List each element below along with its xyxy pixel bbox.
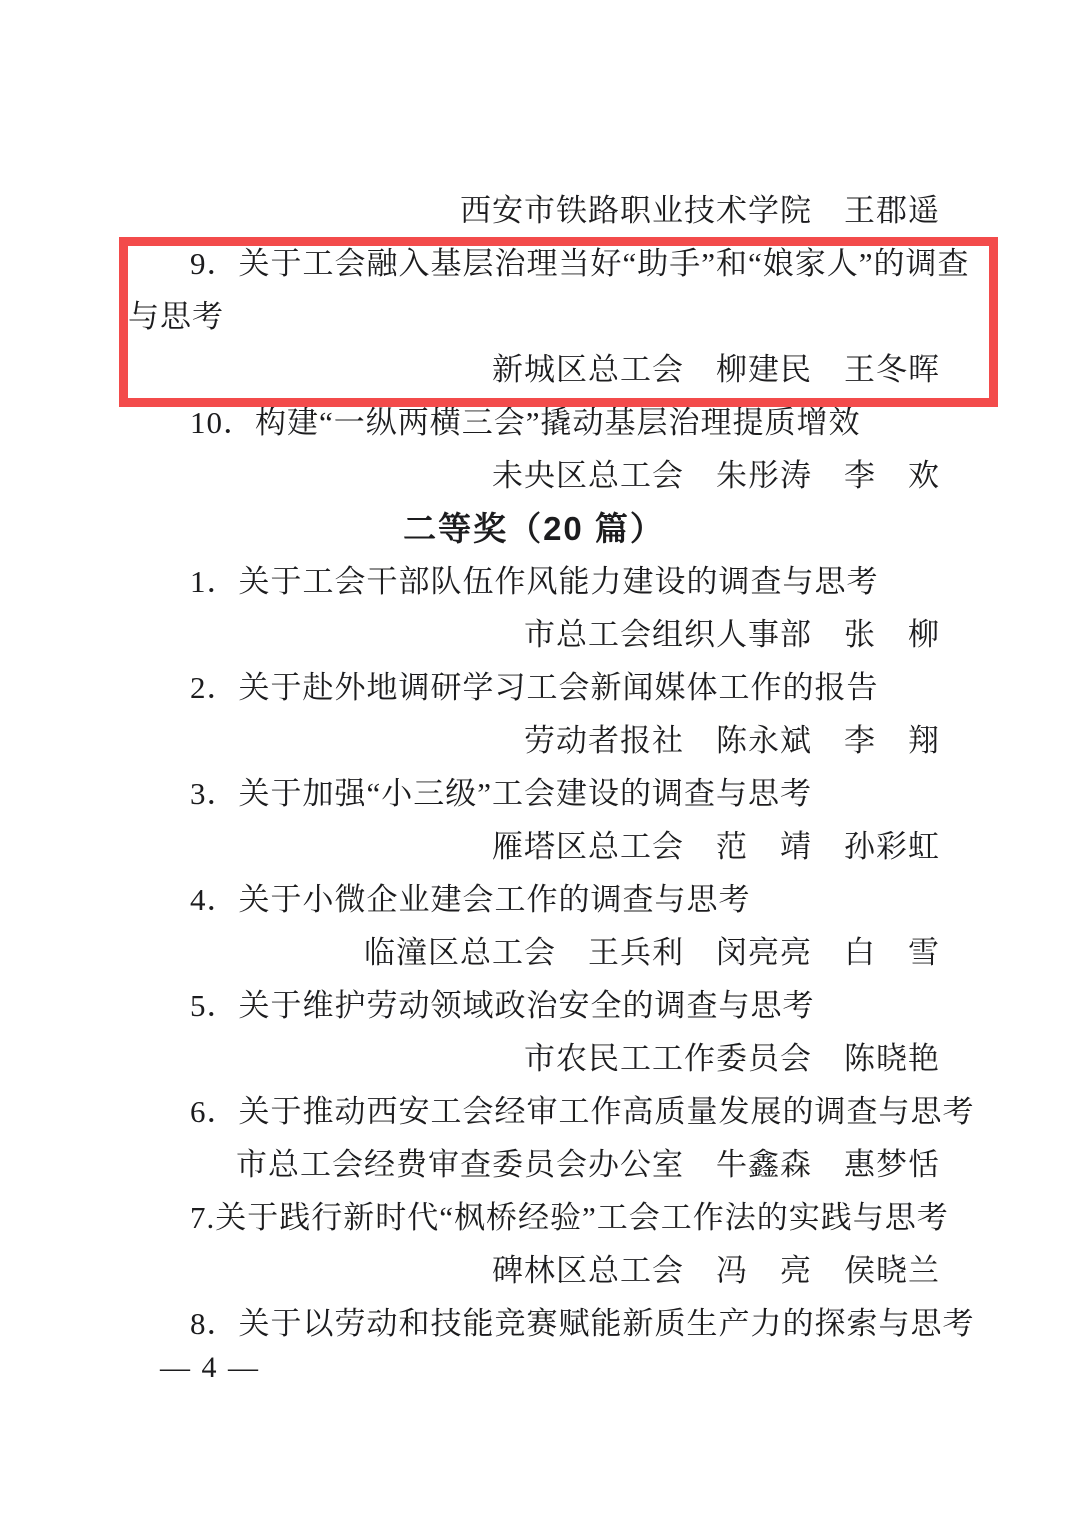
document-body: 西安市铁路职业技术学院 王郡遥 9．关于工会融入基层治理当好“助手”和“娘家人”… [128,184,940,1350]
entry-org-author-line: 碑林区总工会 冯 亮 侯晓兰 [128,1244,940,1297]
item10-title: 10．构建“一纵两横三会”撬动基层治理提质增效 [128,396,940,449]
entry-title: 4．关于小微企业建会工作的调查与思考 [128,873,940,926]
entry-title: 5．关于维护劳动领域政治安全的调查与思考 [128,979,940,1032]
entry-org-author-line: 劳动者报社 陈永斌 李 翔 [128,714,940,767]
entry-org-author-line: 市农民工工作委员会 陈晓艳 [128,1032,940,1085]
entry-org-author-line: 市总工会经费审查委员会办公室 牛鑫森 惠梦恬 [128,1138,940,1191]
pre-entry-org-author-line: 西安市铁路职业技术学院 王郡遥 [128,184,940,237]
entry-org-author-line: 临潼区总工会 王兵利 闵亮亮 白 雪 [128,926,940,979]
item9-title-line2: 与思考 [128,290,940,343]
item9-title-line1: 9．关于工会融入基层治理当好“助手”和“娘家人”的调查 [128,237,940,290]
page-number: — 4 — [160,1341,260,1394]
entry-org-author-line: 市总工会组织人事部 张 柳 [128,608,940,661]
item9-org-author-line: 新城区总工会 柳建民 王冬晖 [128,343,940,396]
entry-title: 3．关于加强“小三级”工会建设的调查与思考 [128,767,940,820]
second-prize-section-heading: 二等奖（20 篇） [128,502,940,555]
entry-title: 1．关于工会干部队伍作风能力建设的调查与思考 [128,555,940,608]
entry-title: 2．关于赴外地调研学习工会新闻媒体工作的报告 [128,661,940,714]
entry-title: 6．关于推动西安工会经审工作高质量发展的调查与思考 [128,1085,940,1138]
entry-title: 7.关于践行新时代“枫桥经验”工会工作法的实践与思考 [128,1191,940,1244]
entry-org-author-line: 雁塔区总工会 范 靖 孙彩虹 [128,820,940,873]
document-page: 西安市铁路职业技术学院 王郡遥 9．关于工会融入基层治理当好“助手”和“娘家人”… [0,0,1080,1527]
item10-org-author-line: 未央区总工会 朱彤涛 李 欢 [128,449,940,502]
